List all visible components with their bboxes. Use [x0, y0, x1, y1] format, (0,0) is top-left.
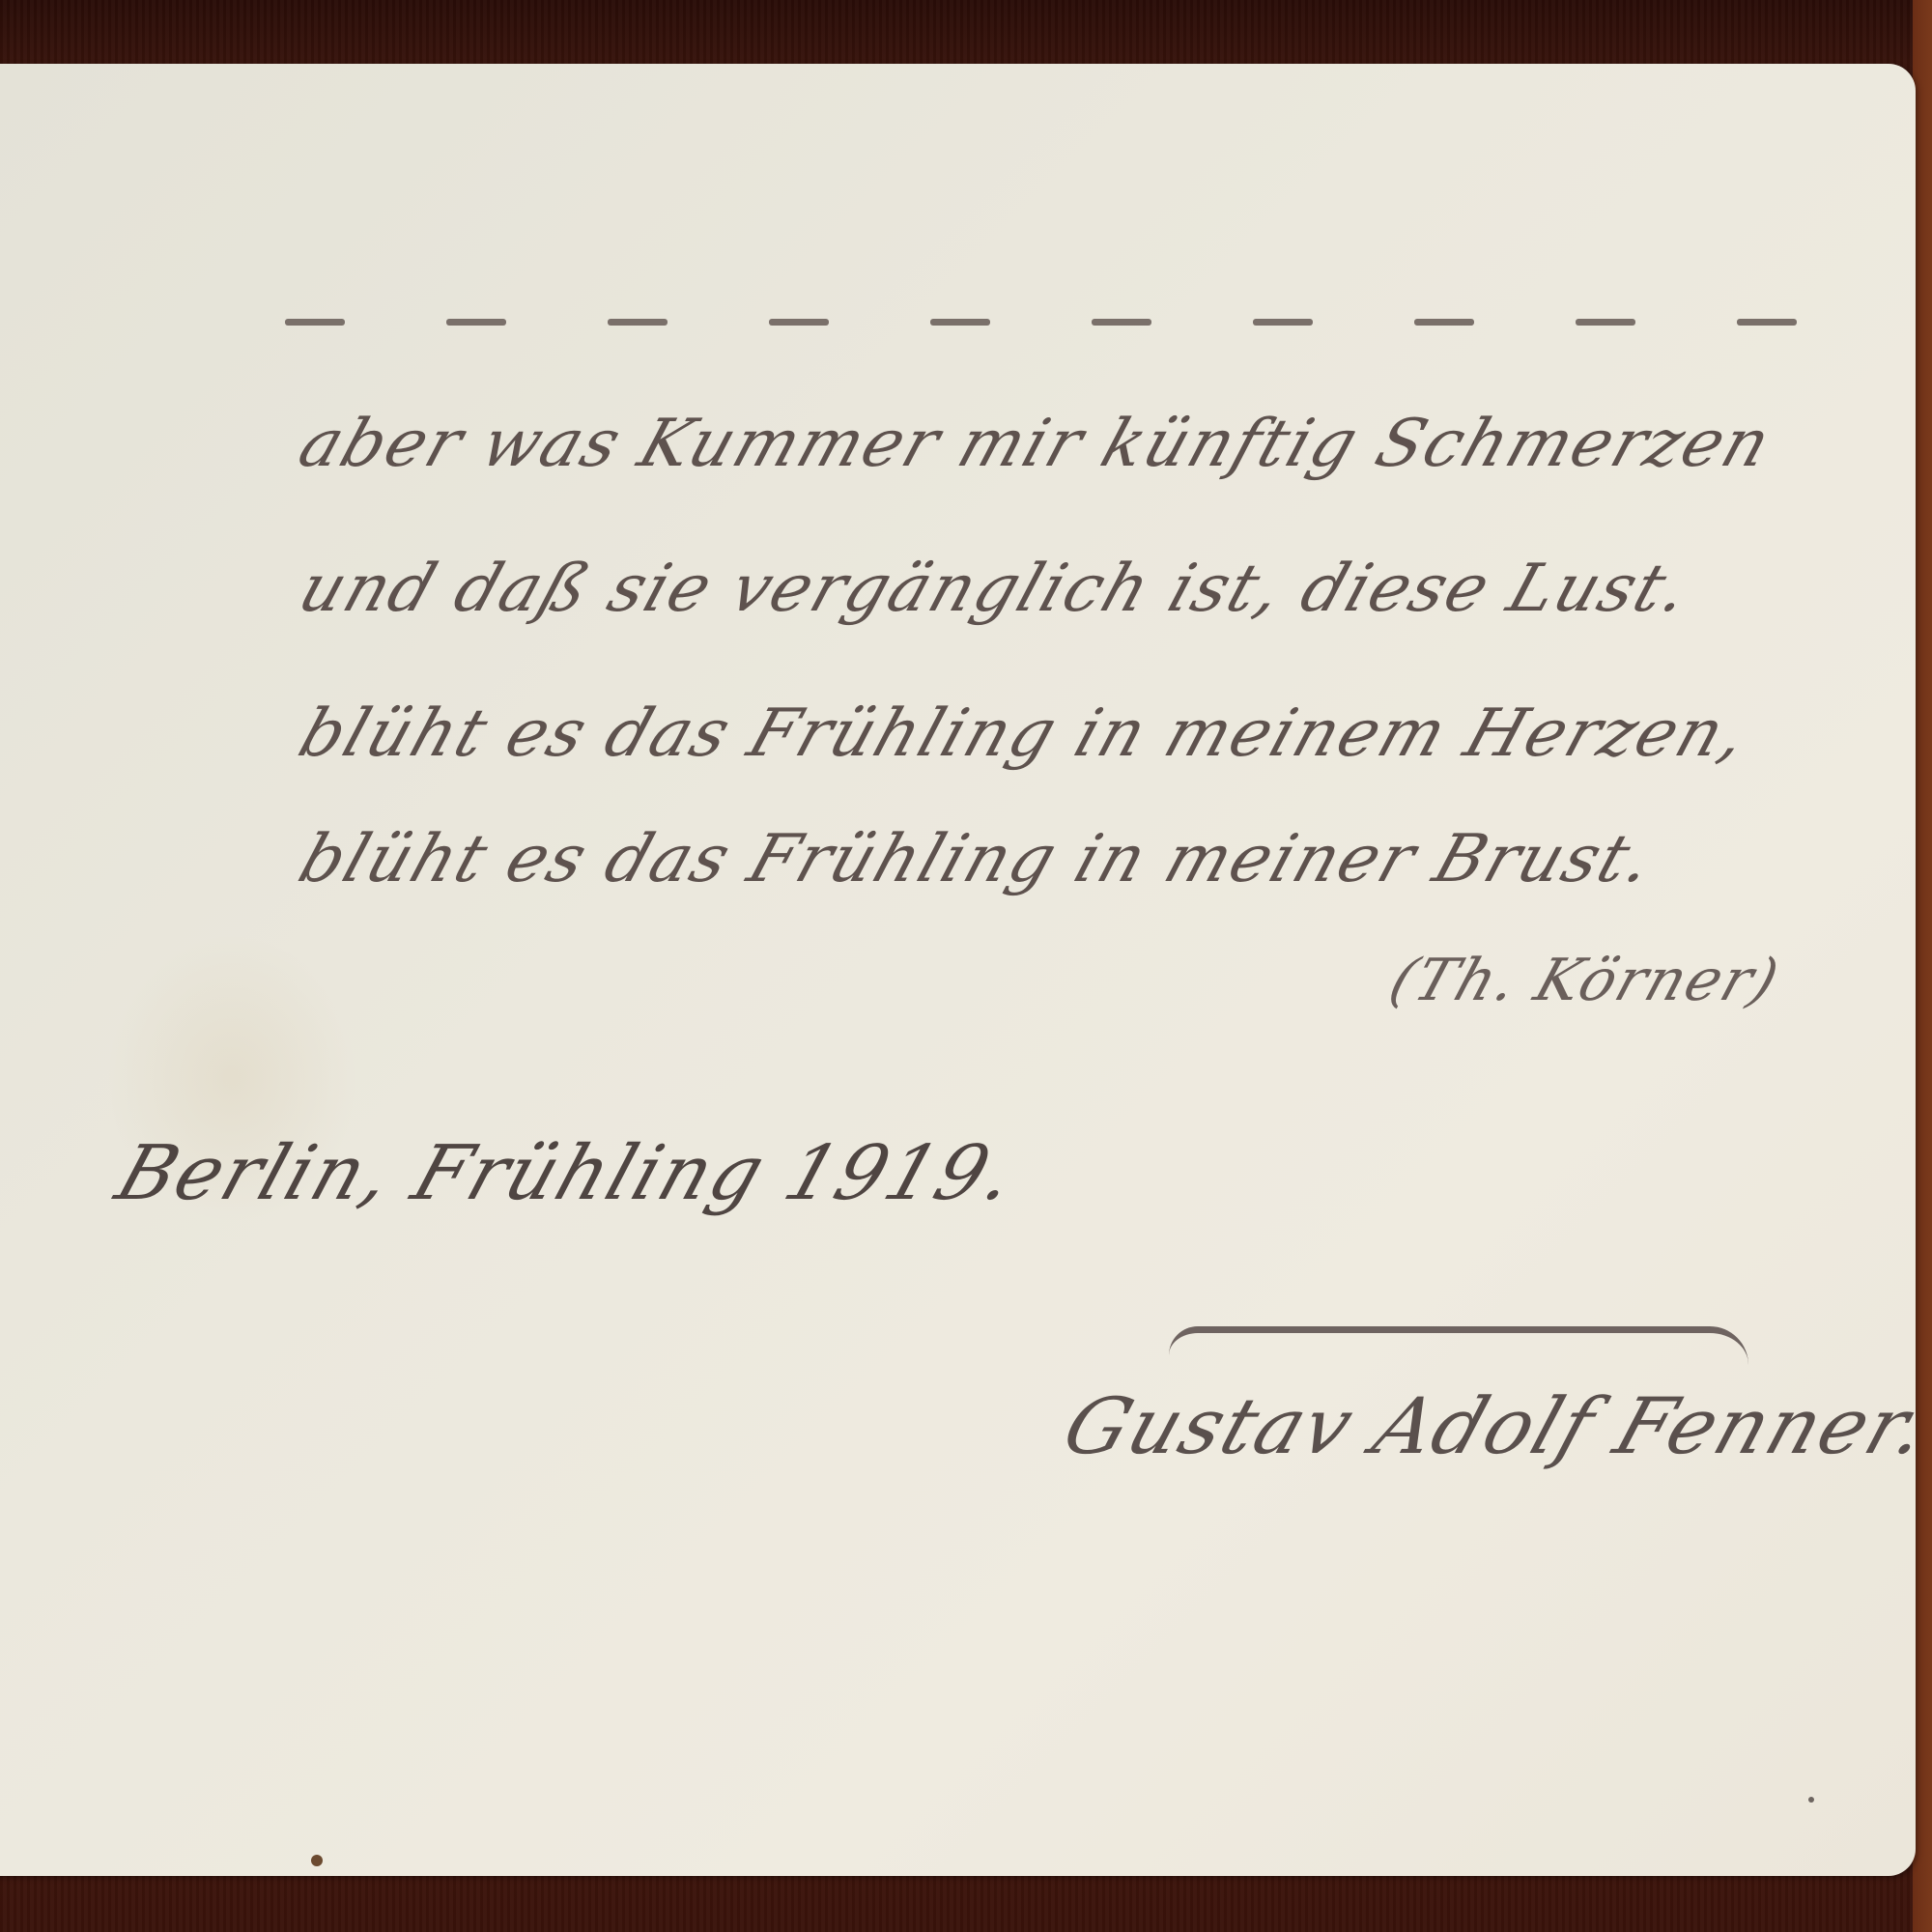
dash — [285, 319, 345, 326]
dash — [608, 319, 668, 326]
poem-line-3: blüht es das Frühling in meinem Herzen, — [290, 696, 1758, 772]
dashed-separator — [285, 319, 1898, 326]
poem-line-1: aber was Kummer mir künftig Schmerzen — [290, 406, 1781, 482]
paper-spot — [1808, 1797, 1814, 1803]
wooden-table-edge — [1913, 0, 1932, 1932]
dash — [930, 319, 990, 326]
dash — [1576, 319, 1635, 326]
signature-flourish — [1169, 1326, 1748, 1370]
dash — [446, 319, 506, 326]
poem-attribution: (Th. Körner) — [1381, 947, 1788, 1014]
place-and-date: Berlin, Frühling 1919. — [106, 1130, 1028, 1217]
poem-line-2: und daß sie vergänglich ist, diese Lust. — [290, 551, 1700, 627]
dash — [769, 319, 829, 326]
dash — [1092, 319, 1151, 326]
paper-spot — [311, 1855, 323, 1866]
signature: Gustav Adolf Fenner. — [1053, 1381, 1932, 1471]
dash — [1414, 319, 1474, 326]
dash — [1737, 319, 1797, 326]
poem-line-4: blüht es das Frühling in meiner Brust. — [290, 821, 1663, 897]
dash — [1253, 319, 1313, 326]
